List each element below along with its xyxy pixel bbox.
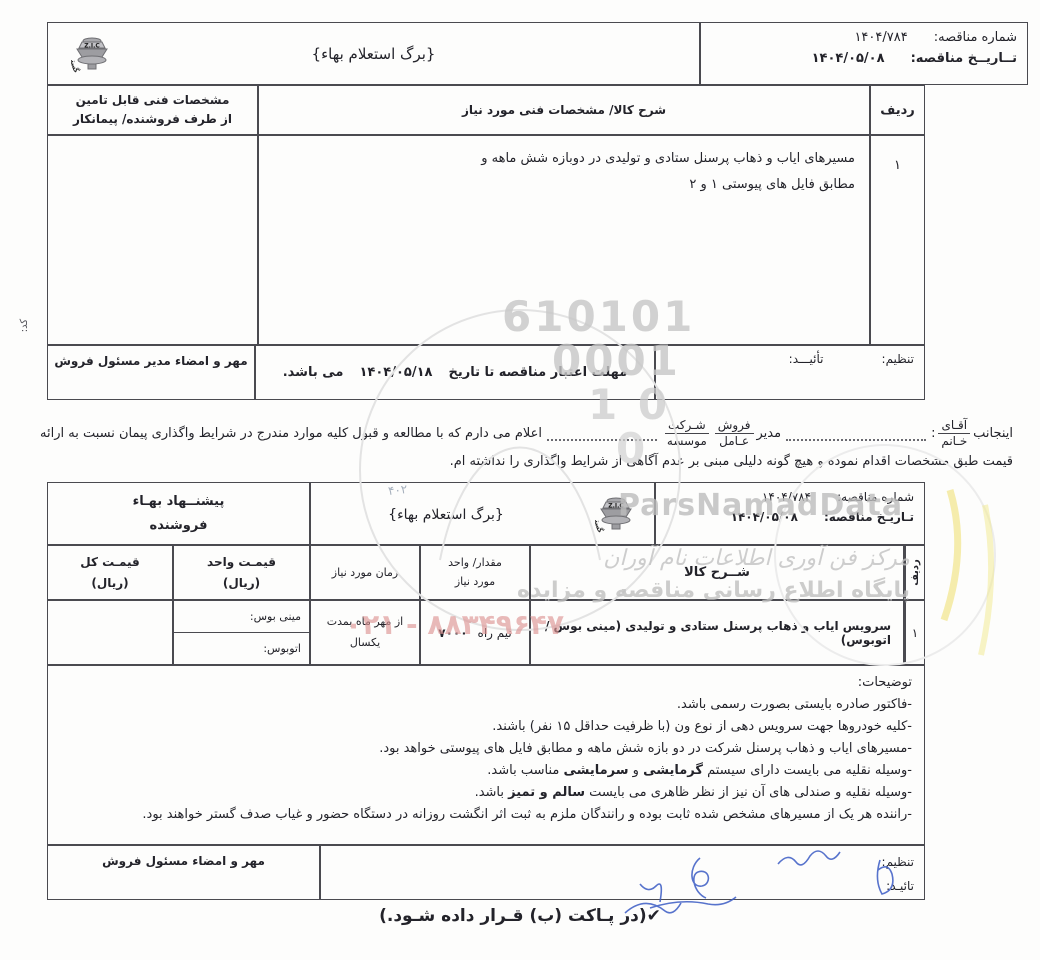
form2-tender-no-value: ۱۴۰۴/۷۸۴ (762, 490, 811, 504)
sales-managing-choice: فروش عـامل (715, 418, 754, 449)
qty-value: ۷۰۰۰ (438, 626, 467, 640)
form2-col-rowno: ردیف (905, 545, 925, 600)
form2-tender-info-box: شماره مناقصه: ۱۴۰۴/۷۸۴ تـاریـخ مناقصه: ۱… (655, 482, 925, 545)
form2-title: {برگ استعلام بهاء} (311, 483, 581, 546)
form1-tender-info-box: شماره مناقصه: ۱۴۰۴/۷۸۴ تــاریــخ مناقصه:… (700, 22, 1028, 85)
form2-tender-date-label: تـاریـخ مناقصه: (824, 510, 914, 524)
envelope-instruction: ✔(در پـاکت (ب) قـرار داده شـود.) (300, 906, 740, 926)
form2-col-description: شــرح کالا (530, 545, 905, 600)
declaration-paragraph: اینجانب آقـای خـانم : مدیر فروش عـامل شـ… (25, 418, 1013, 474)
company-logo-icon-2: شرکت مقره سازی صدف گستر زنجان Z.I.C (584, 484, 648, 546)
form1-validity-note: مهلت اعتبار مناقصه تا تاریخ ۱۴۰۴/۰۵/۱۸ م… (255, 345, 655, 400)
company-blank-field (547, 426, 657, 441)
form2-row-qty: ۷۰۰۰ نیم راه (420, 600, 530, 665)
form1-stamp-cell: مهر و امضاء مدیر مسئول فروش (47, 345, 255, 400)
form1-row-supplier-specs-empty (47, 135, 258, 345)
form2-title-cell: شرکت مقره سازی صدف گستر زنجان Z.I.C {برگ… (310, 482, 655, 545)
form1-footer-signoff: تنظیم: تأئیـــد: (655, 345, 925, 400)
margin-code-label: کد: (18, 320, 31, 331)
form2-row-number: ۱ (905, 600, 925, 665)
yellow-highlighter-mark (944, 490, 958, 620)
bus-price-field: اتوبوس: (174, 633, 309, 664)
form2-col-time: زمان مورد نیاز (310, 545, 420, 600)
minibus-price-field: مینی بوس: (174, 601, 309, 633)
form2-tender-date-value: ۱۴۰۴/۰۵/۰۸ (731, 510, 798, 524)
form1-tender-date-label: تــاریــخ مناقصه: (911, 51, 1017, 66)
qty-unit: نیم راه (478, 626, 512, 640)
declaration-manager: مدیر (757, 421, 782, 446)
svg-text:Z.I.C: Z.I.C (608, 503, 624, 510)
form2-stamp-cell: مهر و امضاء مسئول فروش (47, 845, 320, 900)
form2-tender-no-label: شماره مناقصه: (837, 490, 914, 504)
form1-col-rowno: ردیف (870, 85, 925, 135)
form1-tender-date-value: ۱۴۰۴/۰۵/۰۸ (812, 51, 885, 66)
form1-approved-label: تأئیـــد: (789, 352, 824, 366)
form2-footer-signoff: تنظیم: تائیـد: (320, 845, 925, 900)
declaration-i-undersigned: اینجانب (973, 421, 1013, 446)
form1-title: {برگ استعلام بهاء} (48, 23, 699, 84)
form1-prepared-label: تنظیم: (882, 352, 914, 366)
form1-col-supplier-specs: مشخصات فنی قابل تامین از طرف فروشنده/ پی… (47, 85, 258, 135)
form2-row-time: از مهر ماه بمدت یکسال (310, 600, 420, 665)
form2-proposal-header: پیشنــهاد بهـاء فروشنده (47, 482, 310, 545)
form2-prepared-label: تنظیم: (331, 850, 914, 874)
form1-header-band: شرکت مقره سازی صدف گستر زنجان Z.I.C {برگ… (47, 22, 700, 85)
form2-row-total-price-empty (47, 600, 173, 665)
note-heating-cooling: -وسیله نقلیه می بایست دارای سیستم گرمایش… (60, 760, 912, 782)
form2-row-unit-price: مینی بوس: اتوبوس: (173, 600, 310, 665)
form1-row-description: مسیرهای ایاب و ذهاب پرسنل ستادی و تولیدی… (258, 135, 870, 345)
form2-col-qty: مقدار/ واحد مورد نیاز (420, 545, 530, 600)
mr-mrs-choice: آقـای خـانم (938, 418, 970, 449)
scanned-inquiry-document: شرکت مقره سازی صدف گستر زنجان Z.I.C {برگ… (0, 0, 1040, 960)
form1-tender-no-label: شماره مناقصه: (934, 30, 1017, 45)
form1-row-number: ۱ (870, 135, 925, 345)
form2-col-unit-price: قیمـت واحد (ریال) (173, 545, 310, 600)
name-blank-field (786, 426, 926, 441)
company-institute-choice: شـرکت موسسه (665, 418, 709, 449)
form2-row-description: سرویس ایاب و ذهاب پرسنل ستادی و تولیدی (… (530, 600, 905, 665)
form2-notes: توضیحات: -فاکتور صادره بایستی بصورت رسمی… (47, 665, 925, 845)
form1-tender-no-value: ۱۴۰۴/۷۸۴ (854, 30, 907, 45)
note-clean-seats: -وسیله نقلیه و صندلی های آن نیز از نظر ظ… (60, 782, 912, 804)
form1-col-description: شرح کالا/ مشخصات فنی مورد نیاز (258, 85, 870, 135)
svg-text:شرکت مقره سازی صدف: شرکت مقره سازی صدف (584, 484, 588, 486)
form2-approved-label: تائیـد: (331, 874, 914, 898)
form2-col-total-price: قیمـت کل (ریال) (47, 545, 173, 600)
